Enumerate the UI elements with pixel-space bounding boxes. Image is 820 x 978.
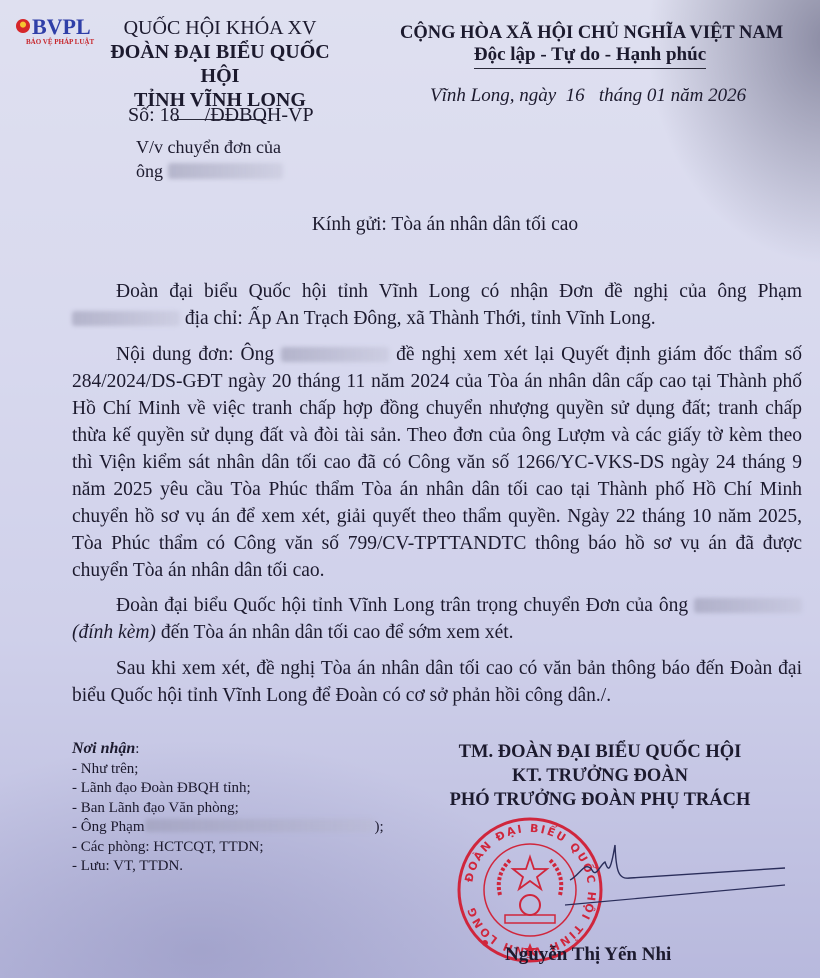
distribution-title: Nơi nhận: [72, 739, 384, 760]
distribution-list: Nơi nhận: - Như trên; - Lãnh đạo Đoàn ĐB… [72, 739, 384, 877]
redacted-name [281, 347, 389, 362]
letter-body: Đoàn đại biểu Quốc hội tỉnh Vĩnh Long có… [72, 278, 802, 718]
watermark-tagline: BẢO VỆ PHÁP LUẬT [26, 38, 94, 46]
recipient-line: Kính gửi: Tòa án nhân dân tối cao [0, 214, 820, 236]
distribution-item-text: - Ông Phạm [72, 819, 145, 835]
redacted-contact [145, 819, 375, 832]
paragraph-4: Sau khi xem xét, đề nghị Tòa án nhân dân… [72, 655, 802, 709]
subject-line-1: V/v chuyển đơn của [136, 135, 283, 159]
issuer-line-1: QUỐC HỘI KHÓA XV [95, 16, 345, 40]
watermark-brand: BVPL [32, 14, 91, 40]
distribution-item: - Lưu: VT, TTDN. [72, 857, 384, 877]
bvpl-watermark: BVPL BẢO VỆ PHÁP LUẬT [10, 14, 90, 50]
p2-text-a: Nội dung đơn: Ông [116, 344, 281, 365]
p3-text-a: Đoàn đại biểu Quốc hội tỉnh Vĩnh Long tr… [116, 595, 694, 616]
document-number: Số: 18 /ĐĐBQH-VP [128, 104, 314, 127]
distribution-item: - Các phòng: HCTCQT, TTDN; [72, 838, 384, 858]
distribution-title-text: Nơi nhận [72, 740, 135, 757]
signature-heading: TM. ĐOÀN ĐẠI BIỂU QUỐC HỘI KT. TRƯỞNG ĐO… [410, 740, 790, 812]
distribution-item-suffix: ); [375, 819, 384, 835]
p2-text-b: đề nghị xem xét lại Quyết định giám đốc … [72, 344, 802, 581]
place-date: Vĩnh Long, ngày 16 tháng 01 năm 2026 [430, 85, 746, 107]
p1-text-a: Đoàn đại biểu Quốc hội tỉnh Vĩnh Long có… [116, 281, 802, 302]
signer-name: Nguyễn Thị Yến Nhi [505, 944, 671, 966]
national-title: CỘNG HÒA XÃ HỘI CHỦ NGHĨA VIỆT NAM [400, 22, 780, 44]
p3-text-b: đến Tòa án nhân dân tối cao để sớm xem x… [156, 622, 514, 643]
paragraph-1: Đoàn đại biểu Quốc hội tỉnh Vĩnh Long có… [72, 278, 802, 332]
p1-text-b: địa chỉ: Ấp An Trạch Đông, xã Thành Thới… [180, 308, 656, 329]
paragraph-3: Đoàn đại biểu Quốc hội tỉnh Vĩnh Long tr… [72, 592, 802, 646]
redacted-name [72, 311, 180, 326]
paragraph-2: Nội dung đơn: Ông đề nghị xem xét lại Qu… [72, 341, 802, 584]
signature-line-3: PHÓ TRƯỞNG ĐOÀN PHỤ TRÁCH [410, 788, 790, 812]
distribution-item: - Như trên; [72, 760, 384, 780]
signature-line-1: TM. ĐOÀN ĐẠI BIỂU QUỐC HỘI [410, 740, 790, 764]
subject-line-2: ông [136, 159, 283, 183]
distribution-item: - Ông Phạm); [72, 818, 384, 838]
subject-prefix: ông [136, 161, 163, 181]
document-subject: V/v chuyển đơn của ông [136, 135, 283, 183]
national-header: CỘNG HÒA XÃ HỘI CHỦ NGHĨA VIỆT NAM Độc l… [400, 22, 780, 69]
redacted-name [168, 163, 283, 179]
p3-attached-note: (đính kèm) [72, 622, 156, 643]
signature-line-2: KT. TRƯỞNG ĐOÀN [410, 764, 790, 788]
distribution-item: - Ban Lãnh đạo Văn phòng; [72, 799, 384, 819]
national-emblem-icon [16, 19, 30, 33]
issuer-line-2: ĐOÀN ĐẠI BIỂU QUỐC HỘI [95, 40, 345, 88]
national-motto: Độc lập - Tự do - Hạnh phúc [474, 44, 706, 69]
distribution-item: - Lãnh đạo Đoàn ĐBQH tỉnh; [72, 779, 384, 799]
handwritten-signature-icon [560, 840, 800, 910]
redacted-name [694, 598, 802, 613]
